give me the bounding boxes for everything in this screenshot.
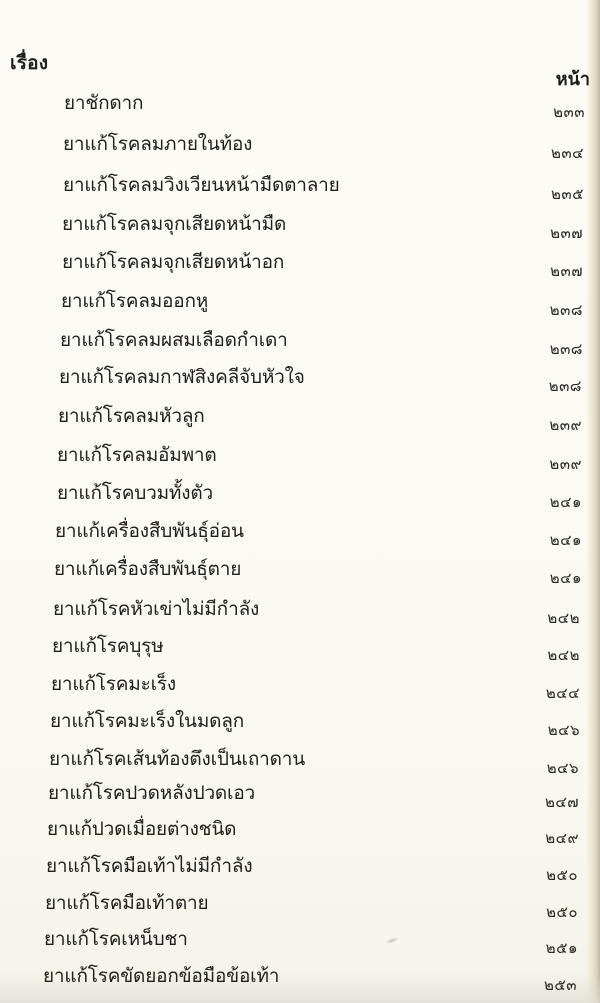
toc-entry: ยาแก้โรคหัวเข่าไม่มีกำลัง ๒๔๒	[53, 594, 580, 628]
toc-entry: ยาแก้โรคลมหัวลูก ๒๓๙	[58, 401, 582, 435]
toc-entry: ยาแก้โรคเหน็บชา ๒๕๑	[44, 924, 578, 958]
toc-entry-page: ๒๔๒	[547, 643, 580, 667]
toc-entry-title: ยาแก้โรคเส้นท้องตึงเป็นเถาดาน	[49, 744, 305, 774]
toc-entry: ยาแก้โรคปวดหลังปวดเอว ๒๔๗	[48, 778, 579, 812]
toc-entry: ยาแก้โรคลมจุกเสียดหน้าอก ๒๓๗	[62, 247, 583, 281]
toc-entry-title: ยาแก้โรคลมภายในท้อง	[63, 129, 252, 159]
toc-entry-page: ๒๔๖	[547, 756, 579, 780]
toc-entry-title: ยาแก้โรคลมจุกเสียดหน้ามืด	[62, 209, 286, 239]
toc-entry-page: ๒๔๗	[545, 790, 579, 814]
toc-entry-title: ยาแก้โรคมะเร็งในมดลูก	[50, 706, 244, 736]
toc-entry: ยาแก้โรคลมวิงเวียนหน้ามืดตาลาย ๒๓๕	[63, 170, 584, 204]
toc-title-column-heading: เรื่อง	[10, 48, 48, 78]
toc-entry-title: ยาแก้โรคลมวิงเวียนหน้ามืดตาลาย	[63, 170, 340, 200]
toc-entry: ยาแก้โรคลมจุกเสียดหน้ามืด ๒๓๗	[62, 209, 583, 243]
toc-entry-page: ๒๔๔	[546, 681, 580, 705]
toc-entry: ยาแก้โรคบุรุษ ๒๔๒	[52, 631, 580, 665]
toc-entry-title: ยาแก้โรคขัดยอกข้อมือข้อเท้า	[43, 961, 279, 991]
toc-entry-page: ๒๔๒	[547, 606, 580, 630]
toc-entry-title: ยาแก้โรคปวดหลังปวดเอว	[48, 778, 255, 808]
toc-entry-page: ๒๔๑	[550, 566, 582, 590]
toc-entry-title: ยาแก้โรคลมอัมพาต	[57, 440, 217, 470]
toc-entry-page: ๒๕๐	[546, 900, 578, 924]
toc-entry-title: ยาแก้โรคมือเท้าไม่มีกำลัง	[46, 851, 252, 881]
toc-entry-page: ๒๓๘	[550, 337, 583, 361]
toc-entry: ยาแก้โรคมะเร็งในมดลูก ๒๔๖	[50, 706, 580, 740]
toc-entry: ยาแก้โรคบวมทั้งตัว ๒๔๑	[57, 478, 582, 512]
toc-entry-page: ๒๓๙	[549, 452, 582, 476]
toc-entry: ยาแก้โรคลมอัมพาต ๒๓๙	[57, 440, 582, 474]
book-page: เรื่อง หน้า ยาชักดาก ๒๓๓ ยาแก้โรคลมภายใน…	[0, 0, 600, 1003]
toc-entry-title: ยาแก้โรคหัวเข่าไม่มีกำลัง	[53, 594, 259, 624]
toc-entry-title: ยาแก้เครื่องสืบพันธุ์ตาย	[54, 554, 241, 584]
toc-entry: ยาชักดาก ๒๓๓	[64, 88, 585, 122]
toc-entry-page: ๒๓๓	[553, 100, 585, 124]
toc-entry-page: ๒๓๗	[550, 221, 583, 245]
toc-entry-title: ยาแก้ปวดเมื่อยต่างชนิด	[47, 814, 236, 844]
toc-entry-title: ยาแก้โรคลมจุกเสียดหน้าอก	[62, 247, 284, 277]
toc-entry-page: ๒๔๙	[545, 826, 579, 850]
toc-entry: ยาแก้โรคลมภายในท้อง ๒๓๔	[63, 129, 584, 163]
toc-entry: ยาแก้โรคลมออกหู ๒๓๘	[61, 286, 583, 320]
toc-entry-title: ยาแก้โรคมือเท้าตาย	[45, 888, 208, 918]
toc-entry-page: ๒๓๔	[551, 141, 584, 165]
toc-entry: ยาแก้โรคเส้นท้องตึงเป็นเถาดาน ๒๔๖	[49, 744, 579, 778]
toc-entry-page: ๒๓๗	[550, 259, 583, 283]
toc-entry-page: ๒๔๑	[550, 490, 582, 514]
toc-entry: ยาแก้โรคมือเท้าไม่มีกำลัง ๒๕๐	[46, 851, 578, 885]
toc-entry: ยาแก้โรคลมผสมเลือดกำเดา ๒๓๘	[60, 325, 583, 359]
toc-entry-page: ๒๓๙	[549, 413, 582, 437]
toc-entry: ยาแก้โรคลมกาฬสิงคลีจับหัวใจ ๒๓๘	[59, 362, 582, 396]
toc-entry-page: ๒๓๘	[550, 298, 583, 322]
toc-entry: ยาแก้โรคมือเท้าตาย ๒๕๐	[45, 888, 578, 922]
toc-entry-title: ยาแก้โรคลมผสมเลือดกำเดา	[60, 325, 288, 355]
page-gutter-shadow	[586, 0, 600, 1003]
toc-entry-title: ยาแก้โรคลมออกหู	[61, 286, 208, 316]
toc-entry-title: ยาแก้โรคลมหัวลูก	[58, 401, 205, 431]
toc-entry: ยาแก้เครื่องสืบพันธุ์อ่อน ๒๔๑	[55, 516, 582, 550]
toc-entry-page: ๒๓๕	[551, 182, 584, 206]
toc-entry-page: ๒๓๘	[549, 374, 582, 398]
toc-entry-title: ยาชักดาก	[64, 88, 143, 118]
toc-entry: ยาแก้โรคขัดยอกข้อมือข้อเท้า ๒๕๓	[43, 961, 577, 995]
toc-entry: ยาแก้ปวดเมื่อยต่างชนิด ๒๔๙	[47, 814, 579, 848]
toc-entry-page: ๒๕๐	[546, 863, 578, 887]
toc-entry-page: ๒๔๖	[548, 718, 580, 742]
toc-entry-title: ยาแก้โรคลมกาฬสิงคลีจับหัวใจ	[59, 362, 305, 392]
toc-entry-page: ๒๔๑	[550, 528, 582, 552]
toc-entry-title: ยาแก้โรคบุรุษ	[52, 631, 163, 661]
toc-entry-page: ๒๕๑	[546, 936, 578, 960]
toc-entry-title: ยาแก้โรคบวมทั้งตัว	[57, 478, 213, 508]
toc-entry-title: ยาแก้โรคมะเร็ง	[51, 669, 176, 699]
toc-entry-page: ๒๕๓	[544, 973, 577, 997]
toc-entry: ยาแก้เครื่องสืบพันธุ์ตาย ๒๔๑	[54, 554, 582, 588]
toc-entry-title: ยาแก้โรคเหน็บชา	[44, 924, 188, 954]
toc-entry-title: ยาแก้เครื่องสืบพันธุ์อ่อน	[55, 516, 244, 546]
toc-entry: ยาแก้โรคมะเร็ง ๒๔๔	[51, 669, 580, 703]
